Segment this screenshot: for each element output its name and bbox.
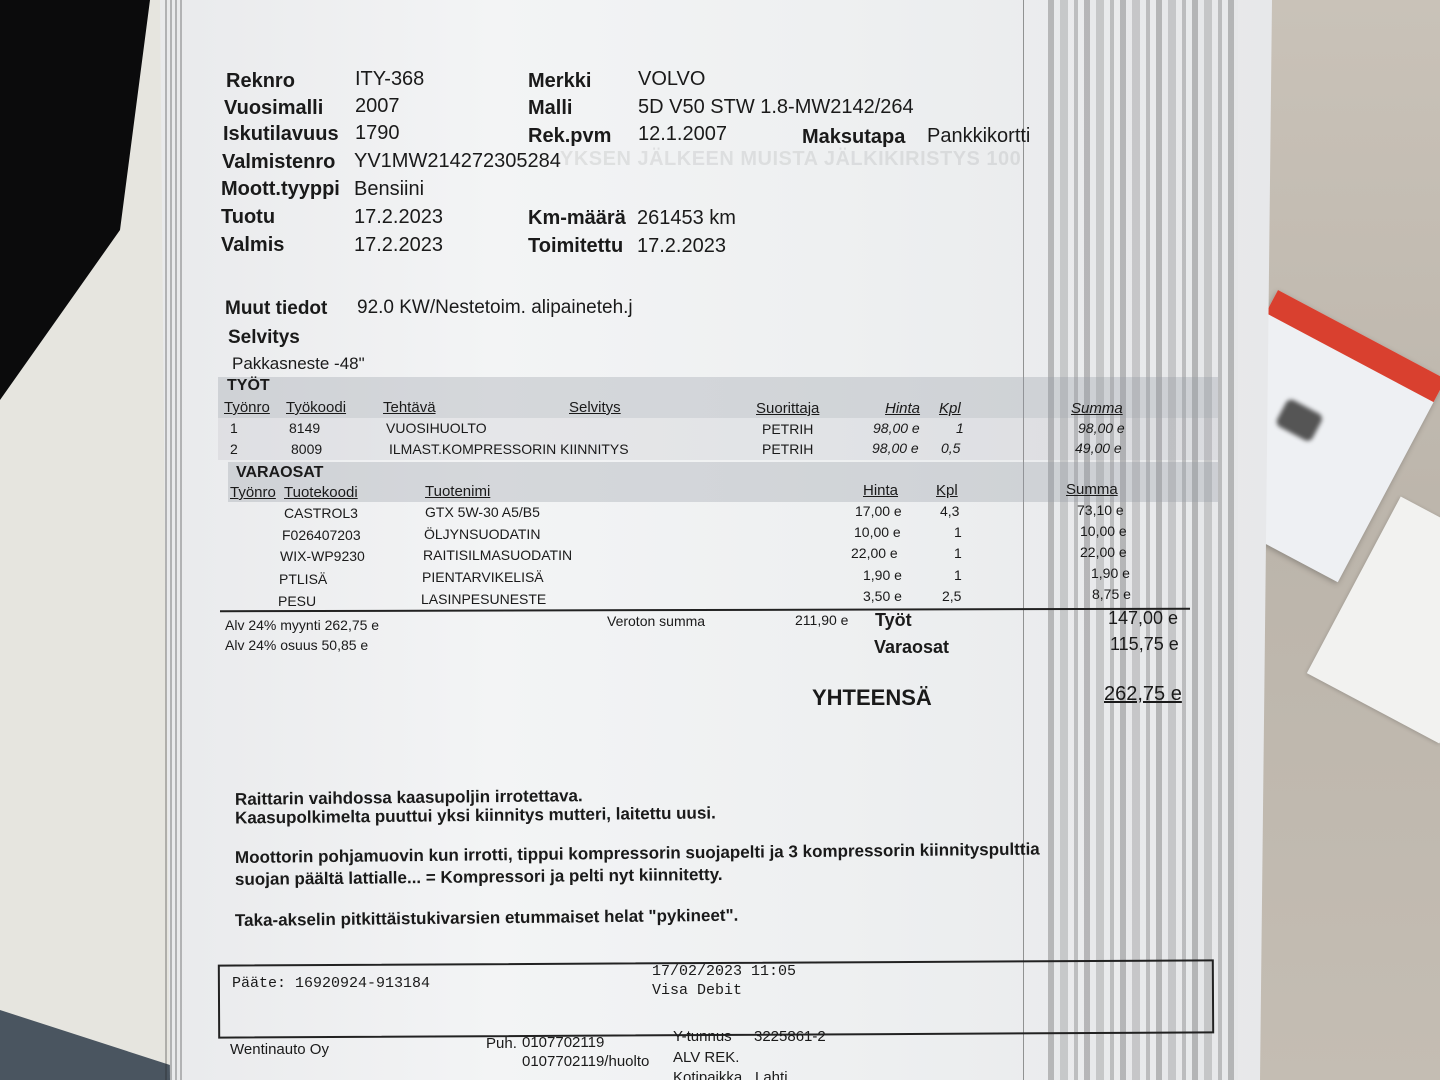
- fold-line: [1023, 0, 1024, 1080]
- row-summa: 22,00 e: [1080, 544, 1127, 560]
- reknro-value: ITY-368: [355, 68, 424, 91]
- merkki-value: VOLVO: [638, 68, 705, 91]
- moottyyppi-label: Moott.tyyppi: [221, 178, 340, 201]
- col-hinta: Hinta: [863, 482, 898, 499]
- col-tyonro: Työnro: [224, 399, 270, 416]
- col-kpl: Kpl: [936, 482, 958, 499]
- toimitettu-value: 17.2.2023: [637, 235, 726, 258]
- row-summa: 98,00 e: [1078, 420, 1125, 436]
- varaosat-total-label: Varaosat: [874, 637, 949, 658]
- selvitys-value: Pakkasneste -48": [232, 354, 365, 374]
- alv-rek: ALV REK.: [673, 1049, 739, 1066]
- valmistenro-label: Valmistenro: [222, 151, 335, 174]
- toner-streak-left: [165, 0, 185, 1080]
- row-tuotenimi: ÖLJYNSUODATIN: [424, 526, 540, 542]
- kmmaara-label: Km-määrä: [528, 207, 626, 230]
- row-summa: 1,90 e: [1091, 565, 1130, 581]
- row-tuotenimi: RAITISILMASUODATIN: [423, 547, 572, 563]
- row-kpl: 1: [954, 545, 962, 561]
- box-image: [1275, 398, 1324, 443]
- maksutapa-value: Pankkikortti: [927, 125, 1030, 148]
- row-tyokoodi: 8149: [289, 420, 320, 436]
- row-hinta: 98,00 e: [873, 420, 920, 436]
- row-tehtava: VUOSIHUOLTO: [386, 420, 487, 436]
- phone-number: 0107702119: [522, 1034, 604, 1051]
- company-name: Wentinauto Oy: [230, 1041, 329, 1058]
- row-hinta: 1,90 e: [863, 567, 902, 583]
- tyot-header-band: [218, 377, 1218, 418]
- payment-datetime: 17/02/2023 11:05: [652, 963, 796, 980]
- row-tuotekoodi: PTLISÄ: [279, 571, 327, 587]
- muut-tiedot-value: 92.0 KW/Nestetoim. alipaineteh.j: [357, 297, 633, 319]
- tuotu-label: Tuotu: [221, 206, 275, 229]
- row-tyokoodi: 8009: [291, 441, 322, 457]
- rekpvm-label: Rek.pvm: [528, 125, 611, 148]
- row-kpl: 1: [954, 524, 962, 540]
- col-tuotenimi: Tuotenimi: [425, 483, 490, 500]
- row-summa: 8,75 e: [1092, 586, 1131, 602]
- reknro-label: Reknro: [226, 70, 295, 93]
- col-hinta: Hinta: [885, 400, 920, 417]
- moottyyppi-value: Bensiini: [354, 178, 424, 201]
- kmmaara-value: 261453 km: [637, 207, 736, 230]
- row-summa: 49,00 e: [1075, 440, 1122, 456]
- ytunnus-label: Y-tunnus: [673, 1028, 732, 1045]
- alv-osuus: Alv 24% osuus 50,85 e: [225, 637, 368, 653]
- row-tuotenimi: GTX 5W-30 A5/B5: [425, 504, 540, 520]
- toimitettu-label: Toimitettu: [528, 235, 623, 258]
- row-summa: 10,00 e: [1080, 523, 1127, 539]
- terminal-id: Pääte: 16920924-913184: [232, 975, 430, 992]
- row-tyonro: 2: [230, 441, 238, 457]
- rekpvm-value: 12.1.2007: [638, 123, 727, 146]
- malli-value: 5D V50 STW 1.8-MW2142/264: [638, 96, 914, 119]
- merkki-label: Merkki: [528, 70, 591, 93]
- col-tuotekoodi: Tuotekoodi: [284, 484, 358, 501]
- vuosimalli-label: Vuosimalli: [224, 97, 323, 120]
- valmis-value: 17.2.2023: [354, 234, 443, 257]
- row-tuotekoodi: CASTROL3: [284, 505, 358, 521]
- row-hinta: 98,00 e: [872, 440, 919, 456]
- vuosimalli-value: 2007: [355, 95, 400, 118]
- varaosat-title: VARAOSAT: [236, 464, 323, 482]
- row-kpl: 0,5: [941, 440, 960, 456]
- row-hinta: 22,00 e: [851, 545, 898, 561]
- valmis-label: Valmis: [221, 234, 284, 257]
- tuotu-value: 17.2.2023: [354, 206, 443, 229]
- ghost-print: YKSEN JÄLKEEN MUISTA JÄLKIKIRISTYS 100: [560, 148, 1021, 171]
- alv-myynti: Alv 24% myynti 262,75 e: [225, 617, 379, 633]
- row-tuotekoodi: WIX-WP9230: [280, 548, 365, 564]
- kotipaikka-value: Lahti: [755, 1069, 788, 1080]
- row-tehtava: ILMAST.KOMPRESSORIN KIINNITYS: [389, 441, 629, 457]
- ytunnus-value: 3225861-2: [754, 1028, 826, 1045]
- valmistenro-value: YV1MW214272305284: [354, 150, 561, 173]
- muut-tiedot-label: Muut tiedot: [225, 298, 327, 320]
- col-summa: Summa: [1066, 481, 1118, 498]
- col-selvitys: Selvitys: [569, 399, 621, 416]
- col-kpl: Kpl: [939, 400, 961, 417]
- iskutilavuus-value: 1790: [355, 122, 400, 145]
- tyot-total-label: Työt: [875, 610, 912, 631]
- veroton-label: Veroton summa: [607, 613, 705, 629]
- row-summa: 73,10 e: [1077, 502, 1124, 518]
- kotipaikka-label: Kotipaikka: [673, 1069, 742, 1080]
- phone-service: 0107702119/huolto: [522, 1053, 649, 1070]
- row-tuotenimi: LASINPESUNESTE: [421, 591, 546, 607]
- selvitys-label: Selvitys: [228, 327, 300, 349]
- payment-card: Visa Debit: [652, 982, 742, 999]
- malli-label: Malli: [528, 97, 572, 120]
- grand-total-value: 262,75 e: [1104, 683, 1182, 706]
- veroton-value: 211,90 e: [795, 612, 848, 628]
- varaosat-total-value: 115,75 e: [1110, 634, 1179, 655]
- phone-label: Puh.: [486, 1035, 517, 1052]
- tyot-total-value: 147,00 e: [1108, 608, 1178, 629]
- row-hinta: 3,50 e: [863, 588, 902, 604]
- row-kpl: 2,5: [942, 588, 961, 604]
- row-kpl: 1: [954, 567, 962, 583]
- maksutapa-label: Maksutapa: [802, 126, 905, 149]
- row-hinta: 10,00 e: [854, 524, 901, 540]
- col-tehtava: Tehtävä: [383, 399, 436, 416]
- row-suorittaja: PETRIH: [762, 421, 813, 437]
- grand-total-label: YHTEENSÄ: [812, 685, 932, 711]
- row-tuotekoodi: PESU: [278, 593, 316, 609]
- row-tuotekoodi: F026407203: [282, 527, 361, 543]
- row-kpl: 1: [956, 420, 964, 436]
- col-tyokoodi: Työkoodi: [286, 399, 346, 416]
- row-tyonro: 1: [230, 420, 238, 436]
- toner-streak-right: [1048, 0, 1238, 1080]
- iskutilavuus-label: Iskutilavuus: [223, 123, 339, 146]
- row-kpl: 4,3: [940, 503, 959, 519]
- tyot-rows-band: [218, 418, 1218, 460]
- row-suorittaja: PETRIH: [762, 441, 813, 457]
- tyot-title: TYÖT: [227, 377, 270, 395]
- col-tyonro: Työnro: [230, 484, 276, 501]
- col-suorittaja: Suorittaja: [756, 400, 819, 417]
- row-tuotenimi: PIENTARVIKELISÄ: [422, 569, 544, 585]
- row-hinta: 17,00 e: [855, 503, 902, 519]
- col-summa: Summa: [1071, 400, 1123, 417]
